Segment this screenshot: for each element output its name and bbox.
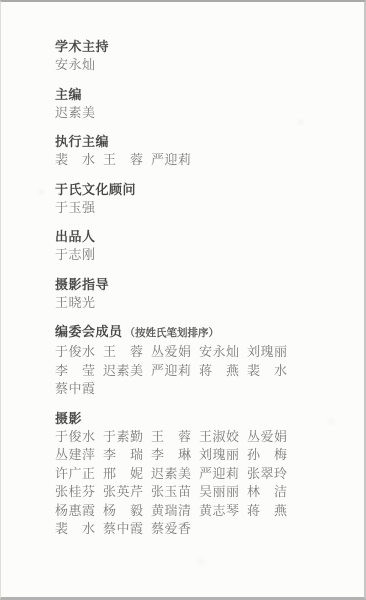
person-name: 丛建萍 <box>55 446 95 465</box>
names-row: 于玉强 <box>55 199 346 218</box>
person-name: 李 莹 <box>55 362 95 381</box>
person-name: 蔡爱香 <box>151 520 191 539</box>
person-name: 邢 妮 <box>103 465 143 484</box>
person-name: 于俊水 <box>55 428 95 447</box>
person-name: 林 洁 <box>247 483 287 502</box>
person-name: 王晓光 <box>55 294 95 313</box>
person-name: 迟素美 <box>103 362 143 381</box>
section-heading: 摄影 <box>55 410 346 427</box>
person-name: 于玉强 <box>55 199 95 218</box>
credit-section: 主编迟素美 <box>55 86 346 123</box>
person-name: 蒋 燕 <box>199 362 239 381</box>
section-heading-text: 学术主持 <box>55 39 109 54</box>
names-row: 丛建萍李 瑞李 琳刘瑰丽孙 梅 <box>55 446 346 465</box>
section-heading: 编委会成员（按姓氏笔划排序） <box>55 323 346 342</box>
person-name: 于素勤 <box>103 428 143 447</box>
section-heading: 学术主持 <box>55 38 346 55</box>
person-name: 吴丽丽 <box>199 483 239 502</box>
person-name: 王 蓉 <box>103 151 143 170</box>
credit-section: 摄影于俊水于素勤王 蓉王淑姣丛爱娟丛建萍李 瑞李 琳刘瑰丽孙 梅许广正邢 妮迟素… <box>55 410 346 539</box>
person-name: 王 蓉 <box>103 343 143 362</box>
credit-section: 执行主编裴 水王 蓉严迎莉 <box>55 133 346 170</box>
scanned-credits-page: 学术主持安永灿主编迟素美执行主编裴 水王 蓉严迎莉于氏文化顾问于玉强出品人于志刚… <box>0 0 366 600</box>
person-name: 严迎莉 <box>199 465 239 484</box>
person-name: 张翠玲 <box>247 465 287 484</box>
person-name: 杨 毅 <box>103 502 143 521</box>
person-name: 张桂芬 <box>55 483 95 502</box>
person-name: 安永灿 <box>199 343 239 362</box>
section-heading: 主编 <box>55 86 346 103</box>
names-row: 杨惠霞杨 毅黄瑞清黄志琴蒋 燕 <box>55 502 346 521</box>
person-name: 蔡中霞 <box>55 380 95 399</box>
credits-content: 学术主持安永灿主编迟素美执行主编裴 水王 蓉严迎莉于氏文化顾问于玉强出品人于志刚… <box>1 2 364 539</box>
names-row: 于志刚 <box>55 246 346 265</box>
person-name: 孙 梅 <box>247 446 287 465</box>
person-name: 许广正 <box>55 465 95 484</box>
person-name: 裴 水 <box>55 151 95 170</box>
names-row: 安永灿 <box>55 56 346 75</box>
section-heading: 于氏文化顾问 <box>55 181 346 198</box>
section-heading-text: 执行主编 <box>55 134 109 149</box>
section-heading-note: （按姓氏笔划排序） <box>125 328 220 339</box>
names-row: 蔡中霞 <box>55 380 346 399</box>
person-name: 丛爱娟 <box>151 343 191 362</box>
section-heading-text: 摄影指导 <box>55 277 109 292</box>
person-name: 裴 水 <box>247 362 287 381</box>
credit-section: 编委会成员（按姓氏笔划排序）于俊水王 蓉丛爱娟安永灿刘瑰丽李 莹迟素美严迎莉蒋 … <box>55 323 346 399</box>
person-name: 迟素美 <box>55 104 95 123</box>
section-heading: 执行主编 <box>55 133 346 150</box>
person-name: 蔡中霞 <box>103 520 143 539</box>
person-name: 蒋 燕 <box>247 502 287 521</box>
person-name: 王 蓉 <box>151 428 191 447</box>
section-heading-text: 出品人 <box>55 229 96 244</box>
names-row: 张桂芬张英芹张玉苗吴丽丽林 洁 <box>55 483 346 502</box>
section-heading: 出品人 <box>55 228 346 245</box>
names-row: 许广正邢 妮迟素美严迎莉张翠玲 <box>55 465 346 484</box>
names-row: 李 莹迟素美严迎莉蒋 燕裴 水 <box>55 362 346 381</box>
person-name: 李 琳 <box>151 446 191 465</box>
person-name: 丛爱娟 <box>247 428 287 447</box>
person-name: 于志刚 <box>55 246 95 265</box>
person-name: 裴 水 <box>55 520 95 539</box>
section-heading-text: 编委会成员 <box>55 324 123 339</box>
person-name: 迟素美 <box>151 465 191 484</box>
section-heading-text: 主编 <box>55 87 82 102</box>
credit-section: 学术主持安永灿 <box>55 38 346 75</box>
section-heading-text: 于氏文化顾问 <box>55 182 136 197</box>
person-name: 黄瑞清 <box>151 502 191 521</box>
person-name: 张英芹 <box>103 483 143 502</box>
person-name: 严迎莉 <box>151 362 191 381</box>
names-row: 裴 水蔡中霞蔡爱香 <box>55 520 346 539</box>
person-name: 刘瑰丽 <box>199 446 239 465</box>
names-row: 王晓光 <box>55 294 346 313</box>
section-heading: 摄影指导 <box>55 276 346 293</box>
person-name: 安永灿 <box>55 56 95 75</box>
person-name: 张玉苗 <box>151 483 191 502</box>
names-row: 裴 水王 蓉严迎莉 <box>55 151 346 170</box>
person-name: 李 瑞 <box>103 446 143 465</box>
person-name: 黄志琴 <box>199 502 239 521</box>
person-name: 于俊水 <box>55 343 95 362</box>
names-row: 于俊水于素勤王 蓉王淑姣丛爱娟 <box>55 428 346 447</box>
person-name: 杨惠霞 <box>55 502 95 521</box>
names-row: 迟素美 <box>55 104 346 123</box>
credit-section: 摄影指导王晓光 <box>55 276 346 313</box>
names-row: 于俊水王 蓉丛爱娟安永灿刘瑰丽 <box>55 343 346 362</box>
credit-section: 于氏文化顾问于玉强 <box>55 181 346 218</box>
person-name: 王淑姣 <box>199 428 239 447</box>
credit-section: 出品人于志刚 <box>55 228 346 265</box>
section-heading-text: 摄影 <box>55 411 82 426</box>
person-name: 刘瑰丽 <box>247 343 287 362</box>
person-name: 严迎莉 <box>151 151 191 170</box>
